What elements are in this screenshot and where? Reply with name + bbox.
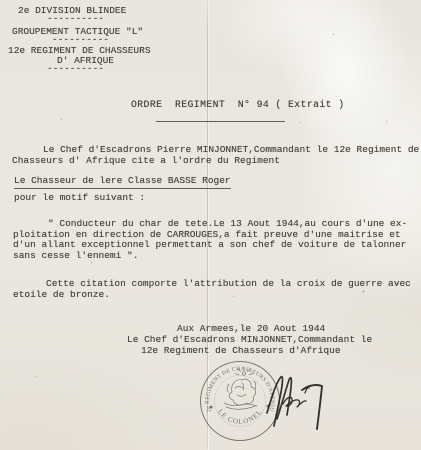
- regiment-round-stamp: 12e REGIMENT DE CHASSEURS D'AFRIQUE LE C…: [0, 0, 280, 441]
- scanned-document-page: 2e DIVISION BLINDEE ---------- GROUPEMEN…: [0, 0, 421, 450]
- handwritten-signature: [267, 377, 322, 429]
- stamp-and-signature-layer: 12e REGIMENT DE CHASSEURS D'AFRIQUE LE C…: [0, 0, 421, 450]
- stamp-left-star: ✱: [209, 405, 213, 411]
- stamp-arc-top-text: 12e REGIMENT DE CHASSEURS D'AFRIQUE: [0, 0, 275, 413]
- stamp-arc-bottom-text: LE COLONEL: [216, 408, 264, 426]
- stamp-outer-circle: [201, 362, 280, 441]
